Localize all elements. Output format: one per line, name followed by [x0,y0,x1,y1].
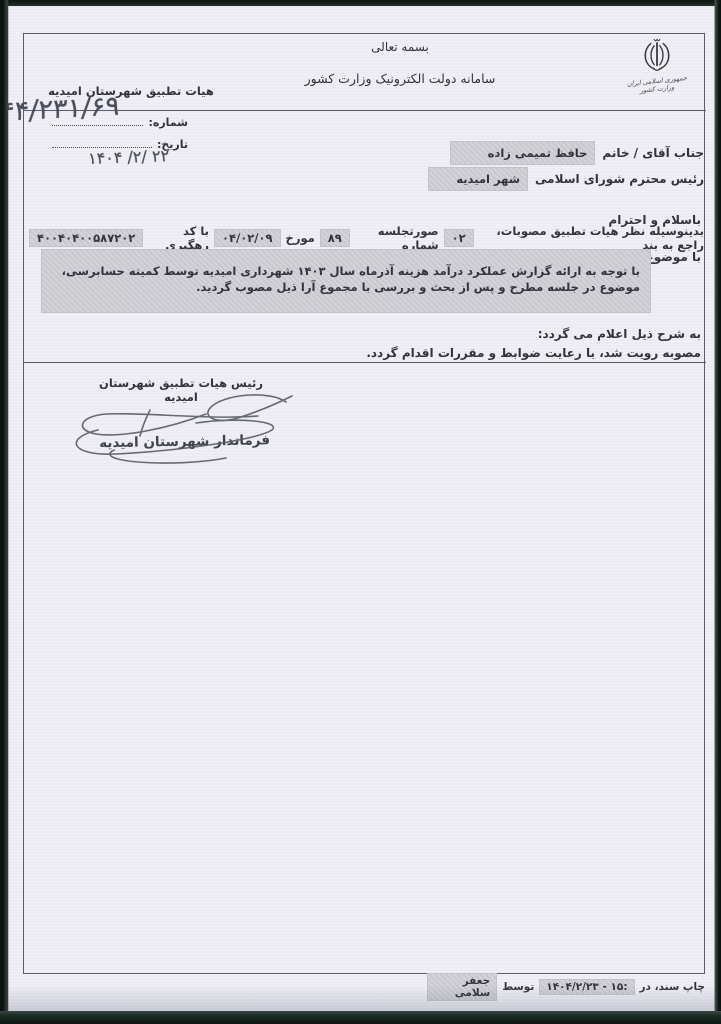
minutes-number-value: ۸۹ [321,230,349,246]
date-dotted-line [52,136,152,148]
scan-edge-left [0,0,9,1024]
besmele-line: بسمه تعالی [290,40,510,54]
scan-edge-bottom [0,1011,721,1024]
body-divider-line [23,362,706,363]
clause-number-value: ۰۲ [445,230,473,246]
subject-label: با موضوع [646,250,701,264]
iran-coat-of-arms-icon: جمهوری اسلامی ایران وزارت کشور [618,36,696,110]
resolution-line: مصوبه رویت شد، با رعایت ضوابط و مقررات ا… [366,346,701,360]
minutes-label: صورتجلسه شماره [355,224,439,252]
signature-scrawl-icon [50,388,300,477]
recipient-title-row: رئیس محترم شورای اسلامی شهر امیدیه [420,167,704,191]
recipient-name-row: جناب آقای / خانم حافظ تمیمی زاده [420,141,704,165]
tracking-label: با کد رهگیری [148,224,209,252]
scanned-letter: بسمه تعالی سامانه دولت الکترونیک وزارت ک… [0,0,721,1024]
announce-line: به شرح ذیل اعلام می گردد: [538,327,701,341]
scan-edge-right [714,0,721,1024]
recipient-city-value: شهر امیدیه [429,168,527,190]
dated-label: مورخ [286,231,315,245]
minutes-date-value: ۰۴/۰۲/۰۹ [215,230,280,246]
handwritten-date: ۱۴۰۴ /۲/ ۲۲ [88,145,204,168]
tracking-code-value: ۴۰۰۴۰۴۰۰۵۸۷۲۰۲ [30,230,142,246]
scan-bottom-shadow [8,985,715,1011]
intro-prefix: بدینوسیله نظر هیات تطبیق مصوبات، راجع به… [479,224,704,252]
system-title: سامانه دولت الکترونیک وزارت کشور [250,71,550,86]
subject-highlight-block: با توجه به ارائه گزارش عملکرد درآمد هزین… [42,250,650,312]
intro-line: بدینوسیله نظر هیات تطبیق مصوبات، راجع به… [30,227,704,249]
recipient-title-label: رئیس محترم شورای اسلامی [535,172,704,186]
recipient-salutation-label: جناب آقای / خانم [602,146,704,160]
scan-edge-top [0,0,721,6]
recipient-name-value: حافظ تمیمی زاده [451,142,594,164]
